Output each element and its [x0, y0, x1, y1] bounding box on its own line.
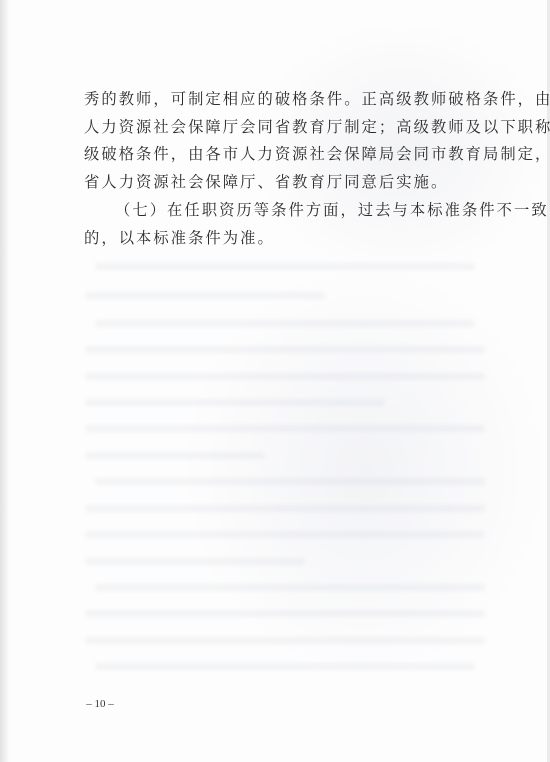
bleed-line: [85, 399, 385, 406]
bleed-line: [85, 505, 485, 512]
text-line: 省人力资源社会保障厅、省教育厅同意后实施。: [84, 169, 484, 197]
bleed-line: [95, 263, 475, 270]
bleed-line: [85, 452, 265, 459]
scan-left-edge: [0, 0, 9, 762]
bleed-line: [85, 558, 305, 565]
bleed-line: [85, 425, 485, 432]
document-body: 秀的教师，可制定相应的破格条件。正高级教师破格条件，由省 人力资源社会保障厅会同…: [84, 86, 484, 252]
text-line: （七）在任职资历等条件方面，过去与本标准条件不一致: [84, 197, 484, 225]
bleed-line: [85, 637, 485, 644]
text-line: 秀的教师，可制定相应的破格条件。正高级教师破格条件，由省: [84, 86, 484, 114]
bleed-line: [85, 373, 485, 380]
text-line: 人力资源社会保障厅会同省教育厅制定；高级教师及以下职称层: [84, 114, 484, 142]
paragraph-item-seven: （七）在任职资历等条件方面，过去与本标准条件不一致 的，以本标准条件为准。: [84, 197, 484, 252]
bleed-line: [85, 346, 485, 353]
bleed-line: [85, 292, 325, 299]
bleed-line: [95, 584, 485, 591]
scan-shadow: [180, 260, 550, 680]
page-number: – 10 –: [70, 698, 130, 710]
text-line: 的，以本标准条件为准。: [84, 225, 484, 253]
bleed-line: [95, 320, 475, 327]
paragraph-breakthrough-conditions: 秀的教师，可制定相应的破格条件。正高级教师破格条件，由省 人力资源社会保障厅会同…: [84, 86, 484, 197]
bleed-line: [85, 610, 485, 617]
bleed-line: [85, 531, 485, 538]
bleed-line: [95, 478, 485, 485]
text-line: 级破格条件，由各市人力资源社会保障局会同市教育局制定，经: [84, 141, 484, 169]
bleed-line: [95, 663, 475, 670]
